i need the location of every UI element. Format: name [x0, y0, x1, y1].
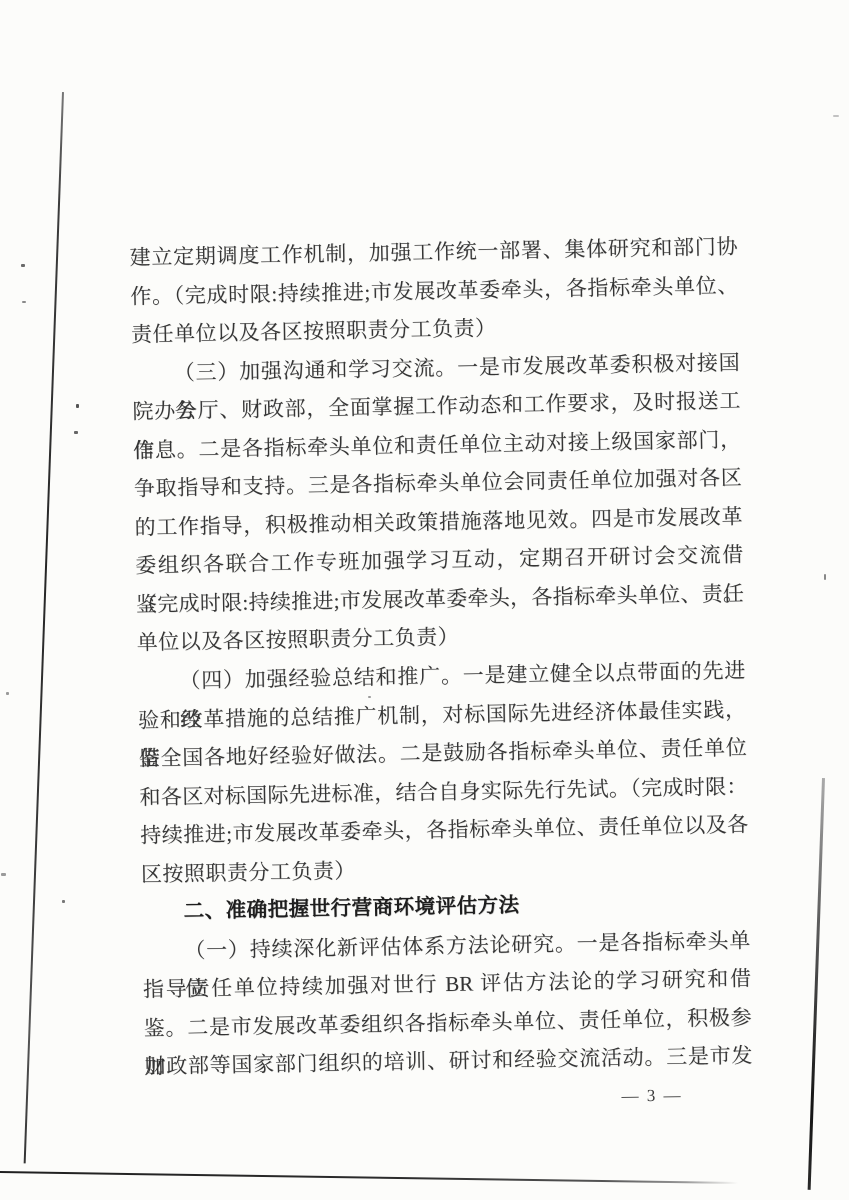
scan-speck: [22, 301, 26, 303]
scan-edge-right-line: [808, 778, 825, 1190]
scan-speck: [21, 264, 25, 267]
scanned-document-page: 建立定期调度工作机制，加强工作统一部署、集体研究和部门协作。（完成时限:持续推进…: [0, 0, 849, 1200]
scan-edge-bottom-line: [0, 1171, 738, 1184]
scan-speck: [74, 431, 78, 434]
scan-edge-left-line: [24, 92, 65, 1163]
scan-speck: [76, 404, 79, 408]
page-number: — 3 —: [621, 1086, 682, 1106]
scan-speck: [833, 115, 839, 117]
page-footer: — 3 —: [610, 1085, 694, 1106]
scan-speck: [824, 574, 826, 580]
scan-speck: [62, 900, 65, 903]
text-block: 建立定期调度工作机制，加强工作统一部署、集体研究和部门协作。（完成时限:持续推进…: [129, 228, 752, 1087]
scan-speck: [1, 873, 6, 876]
scan-speck: [6, 692, 9, 695]
